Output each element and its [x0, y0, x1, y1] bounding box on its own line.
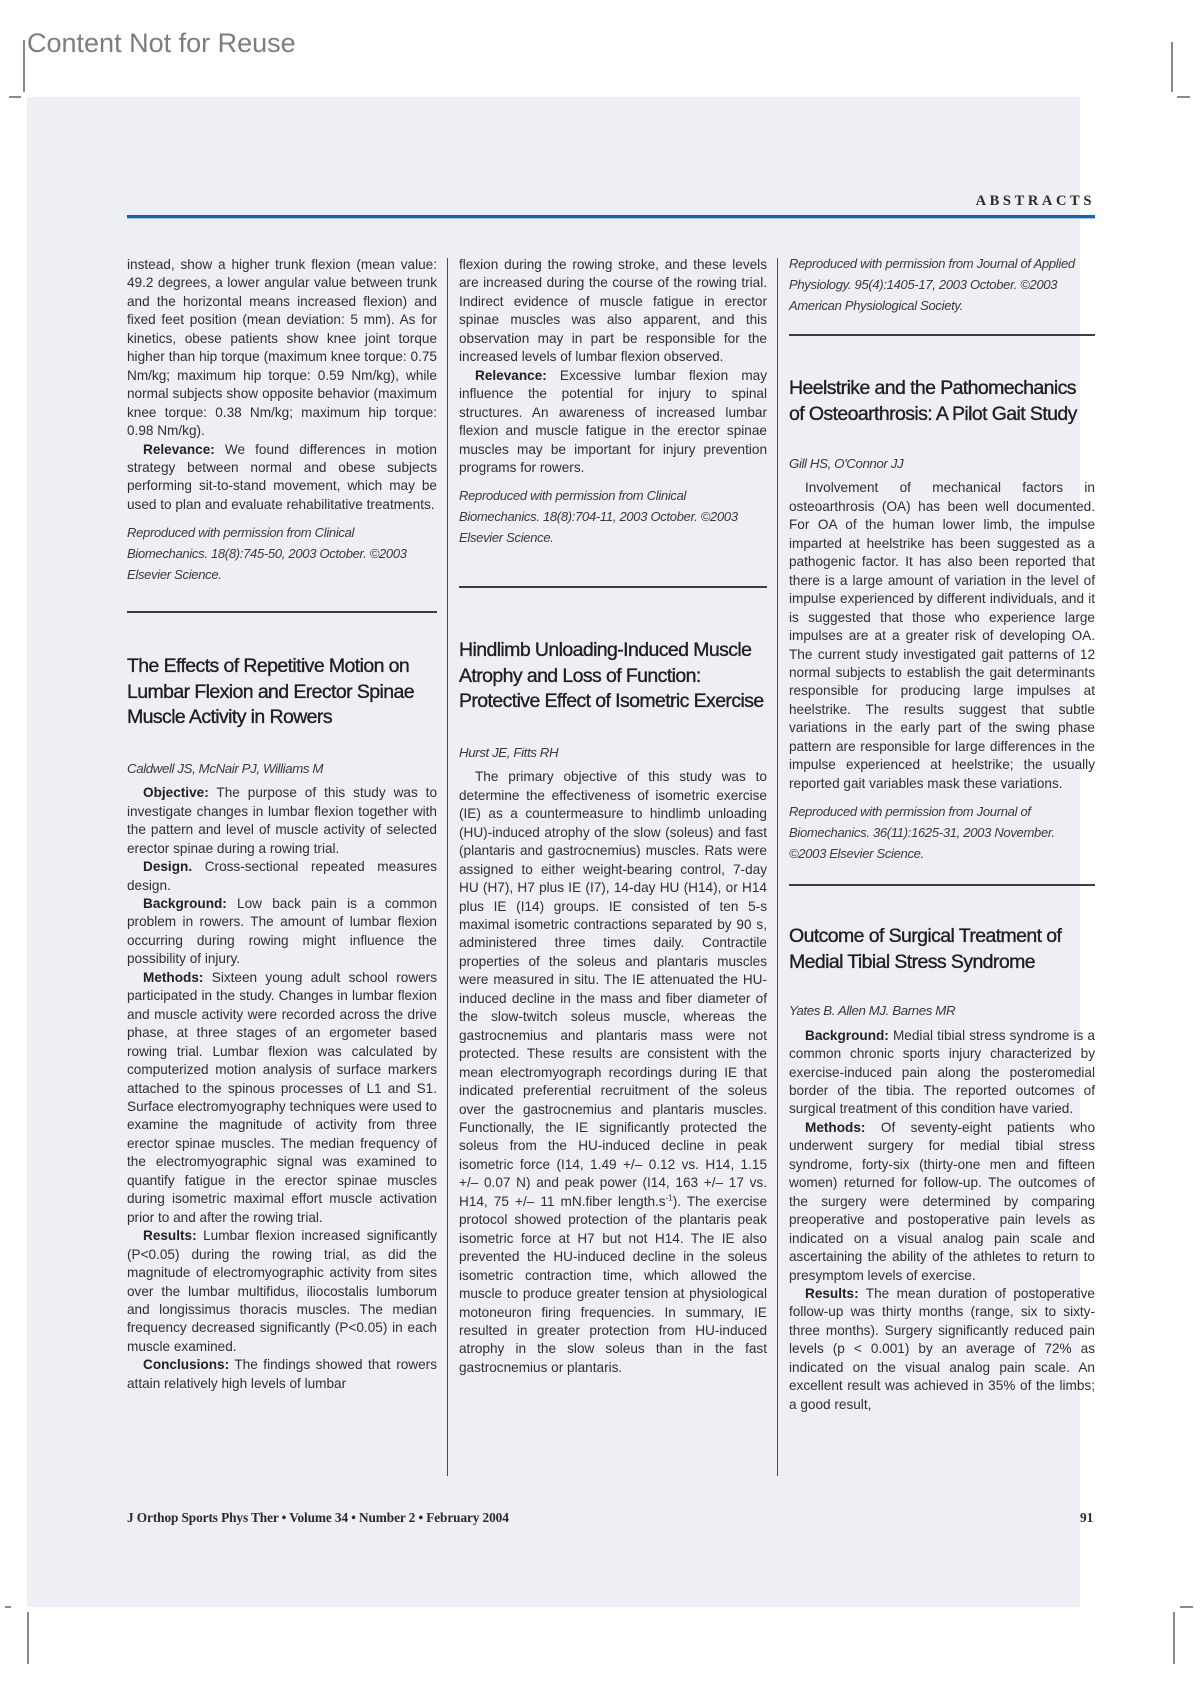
abstract-background: Background: Low back pain is a common pr…	[127, 895, 437, 969]
article-title: Hindlimb Unloading-Induced Muscle Atroph…	[459, 638, 767, 715]
continuation-text: flexion during the rowing stroke, and th…	[459, 256, 767, 367]
page-number: 91	[1080, 1510, 1093, 1526]
text-results: The mean duration of postopera­tive foll…	[789, 1286, 1095, 1412]
article-authors: Hurst JE, Fitts RH	[459, 744, 767, 762]
article-authors: Gill HS, O'Connor JJ	[789, 455, 1095, 473]
section-label-relevance: Relevance:	[475, 368, 547, 383]
section-label: ABSTRACTS	[976, 193, 1095, 210]
article-authors: Yates B. Allen MJ. Barnes MR	[789, 1002, 1095, 1020]
column-divider-1	[447, 258, 448, 1476]
header-rule	[127, 215, 1095, 218]
article-title: Heelstrike and the Pathomechanics of Ost…	[789, 376, 1095, 427]
reproduction-credit: Reproduced with permission from Clinical…	[127, 522, 437, 585]
reproduction-credit: Reproduced with permission from Clinical…	[459, 485, 767, 548]
abstract-design: Design. Cross-sectional repeated measure…	[127, 858, 437, 895]
continuation-text: instead, show a higher trunk flexion (me…	[127, 256, 437, 441]
text-results: Lumbar flexion increased signifi­cantly …	[127, 1228, 437, 1354]
label-results: Results:	[143, 1228, 197, 1243]
body-text-cont: ). The exercise protocol showed protecti…	[459, 1194, 767, 1375]
article-divider	[789, 884, 1095, 886]
article-title: The Effects of Repetitive Motion on Lumb…	[127, 654, 437, 731]
text-methods: Of seventy-eight patients who underwent …	[789, 1120, 1095, 1283]
article-authors: Caldwell JS, McNair PJ, Williams M	[127, 760, 437, 778]
label-objective: Objective:	[143, 785, 209, 800]
abstract-results: Results: Lumbar flexion increased signif…	[127, 1227, 437, 1356]
journal-citation: J Orthop Sports Phys Ther • Volume 34 • …	[127, 1510, 509, 1526]
column-2: flexion during the rowing stroke, and th…	[459, 256, 767, 1377]
abstract-conclusions: Conclusions: The findings showed that ro…	[127, 1356, 437, 1393]
label-results: Results:	[805, 1286, 859, 1301]
abstract-body: Involvement of mechanical factors in ost…	[789, 479, 1095, 793]
abstract-methods: Methods: Sixteen young adult school row­…	[127, 969, 437, 1227]
reproduction-credit: Reproduced with permission from Journal …	[789, 801, 1095, 864]
label-design: Design.	[143, 859, 192, 874]
column-1: instead, show a higher trunk flexion (me…	[127, 256, 437, 1393]
watermark: Content Not for Reuse	[27, 28, 296, 59]
label-methods: Methods:	[143, 970, 203, 985]
label-methods: Methods:	[805, 1120, 865, 1135]
abstract-body: The primary objective of this study was …	[459, 768, 767, 1377]
crop-mark-bottom-right-h	[1180, 1606, 1193, 1608]
body-text: The primary objective of this study was …	[459, 769, 767, 1208]
article-divider	[127, 611, 437, 613]
section-label-relevance: Relevance:	[143, 442, 215, 457]
article-divider	[789, 334, 1095, 336]
article-divider	[459, 586, 767, 588]
label-conclusions: Conclusions:	[143, 1357, 229, 1372]
reproduction-credit: Reproduced with permission from Journal …	[789, 253, 1095, 316]
label-background: Background:	[143, 896, 227, 911]
abstract-background: Background: Medial tibial stress syndrom…	[789, 1027, 1095, 1119]
relevance-paragraph: Relevance: Excessive lumbar flexion may …	[459, 367, 767, 478]
text-methods: Sixteen young adult school row­ers parti…	[127, 970, 437, 1225]
column-3: Reproduced with permission from Journal …	[789, 256, 1095, 1414]
relevance-text: Excessive lumbar flexion may influence t…	[459, 368, 767, 475]
abstract-objective: Objective: The purpose of this study was…	[127, 784, 437, 858]
crop-mark-bottom-left-h	[5, 1606, 11, 1608]
abstract-methods: Methods: Of seventy-eight patients who u…	[789, 1119, 1095, 1285]
article-title: Outcome of Surgical Treatment of Medial …	[789, 924, 1095, 975]
relevance-paragraph: Relevance: We found differences in mo­ti…	[127, 441, 437, 515]
crop-mark-top-left-h	[9, 96, 21, 98]
abstract-results: Results: The mean duration of postopera­…	[789, 1285, 1095, 1414]
crop-mark-top-right-h	[1177, 96, 1190, 98]
crop-mark-bottom-left-v	[27, 1612, 29, 1664]
crop-mark-bottom-right-v	[1173, 1612, 1175, 1664]
column-divider-2	[777, 258, 778, 1476]
superscript: -1	[666, 1193, 673, 1202]
label-background: Background:	[805, 1028, 889, 1043]
crop-mark-top-left-v	[23, 40, 25, 92]
crop-mark-top-right-v	[1171, 42, 1173, 92]
